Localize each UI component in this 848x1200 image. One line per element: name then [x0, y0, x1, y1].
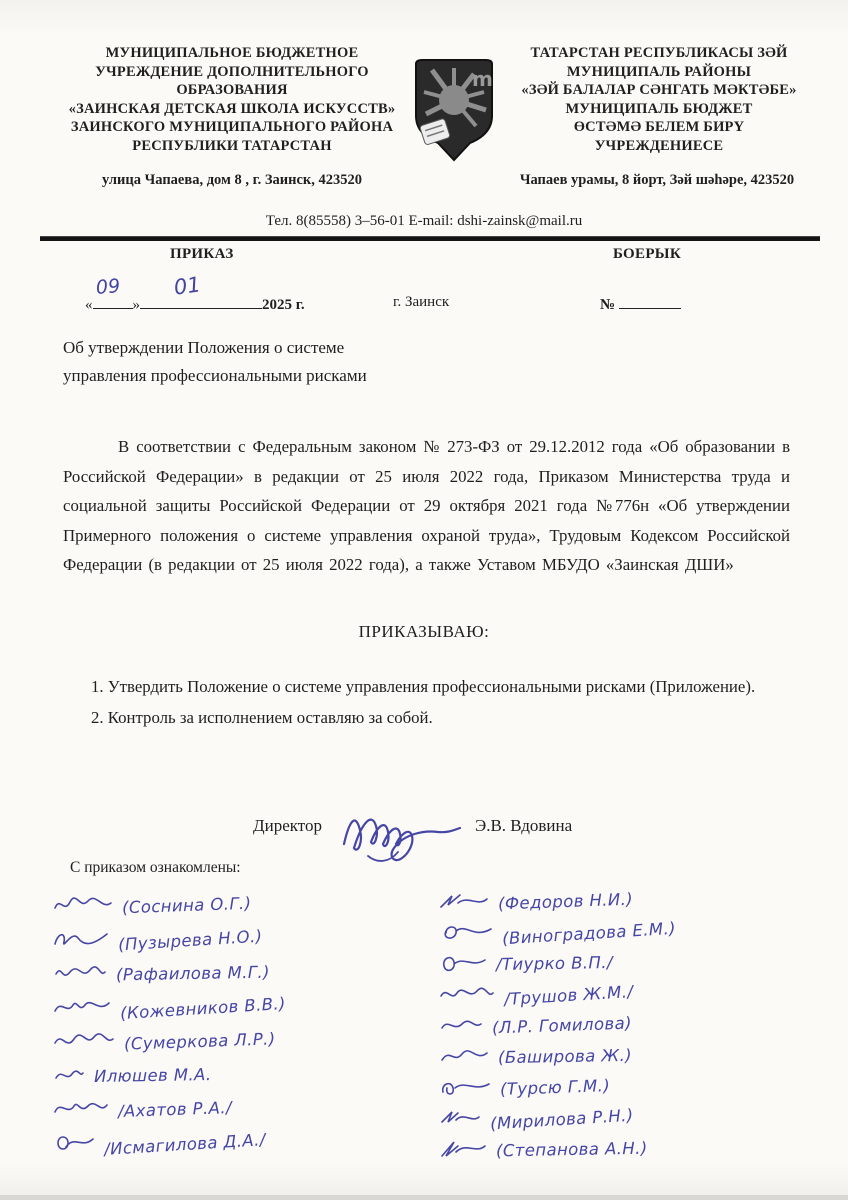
signature-row: /Тиурко В.П./	[438, 948, 818, 979]
signature-scribble-icon	[52, 1030, 116, 1052]
signature-row: (Степанова А.Н.)	[438, 1134, 818, 1165]
order-title-row: ПРИКАЗ БОЕРЫК	[0, 246, 848, 263]
signature-row: /Трушов Ж.М./	[438, 979, 818, 1010]
order-number-field: №	[600, 294, 681, 314]
signature-scribble-icon	[438, 1138, 488, 1162]
order-subject: Об утверждении Положения о системе управ…	[63, 334, 463, 389]
signatory-name: (Кожевников В.В.)	[120, 993, 287, 1022]
signatory-name: /Исмагилова Д.А./	[104, 1130, 267, 1159]
order-title-russian: ПРИКАЗ	[170, 246, 234, 263]
signature-scribble-icon	[52, 1064, 86, 1086]
signature-column-left: (Соснина О.Г.) (Пузырева Н.О.) (Рафаилов…	[52, 888, 422, 1160]
quote-open: «	[85, 297, 93, 313]
signatory-name: /Трушов Ж.М./	[504, 982, 634, 1009]
signatory-name: (Федоров Н.И.)	[498, 890, 634, 914]
handwritten-month: 01	[173, 274, 202, 299]
day-blank-line: 09	[93, 294, 133, 309]
signatory-name: (Турсю Г.М.)	[500, 1076, 611, 1099]
order-item-1: 1. Утвердить Положение о системе управле…	[63, 672, 781, 701]
sun-disc-icon	[439, 85, 469, 115]
handwritten-day: 09	[95, 277, 121, 298]
signature-scribble-icon	[52, 1098, 110, 1120]
signatory-name: (Пузырева Н.О.)	[118, 926, 263, 954]
signature-scribble-icon	[52, 1131, 96, 1155]
director-signature-icon	[338, 804, 468, 871]
signature-scribble-icon	[438, 1108, 482, 1130]
signatory-name: (Баширова Ж.)	[498, 1046, 632, 1067]
signature-row: (Рафаилова М.Г.)	[52, 956, 422, 990]
signature-row: (Виноградова Е.М.)	[438, 917, 818, 948]
signature-scribble-icon	[52, 928, 110, 950]
quote-close: »	[133, 297, 141, 313]
signature-row: (Л.Р. Гомилова)	[438, 1010, 818, 1041]
signature-row: /Исмагилова Д.А./	[52, 1126, 422, 1160]
crest-letter-glyph: m	[472, 67, 493, 91]
director-label: Директор	[253, 816, 322, 836]
signature-scribble-icon	[438, 952, 488, 976]
signatory-name: (Виноградова Е.М.)	[502, 919, 677, 949]
month-blank-line: 01	[140, 294, 262, 309]
signature-row: (Турсю Г.М.)	[438, 1072, 818, 1103]
signature-scribble-icon	[438, 984, 496, 1006]
signature-row: (Сумеркова Л.Р.)	[52, 1024, 422, 1058]
signature-row: /Ахатов Р.А./	[52, 1092, 422, 1126]
signature-row: (Соснина О.Г.)	[52, 888, 422, 922]
contact-line: Тел. 8(85558) 3–56-01 E-mail: dshi-zains…	[0, 213, 848, 230]
signature-scribble-icon	[438, 891, 490, 913]
address-tatar: Чапаев урамы, 8 йорт, Зәй шәһәре, 423520	[492, 172, 822, 189]
signature-scribble-icon	[52, 996, 112, 1018]
school-crest-logo: m	[404, 58, 504, 164]
signatory-name: Илюшев М.А.	[94, 1064, 212, 1085]
order-item-2: 2. Контроль за исполнением оставляю за с…	[63, 703, 781, 732]
acknowledgement-label: С приказом ознакомлены:	[70, 859, 241, 877]
signatory-name: (Рафаилова М.Г.)	[116, 962, 270, 984]
order-items: 1. Утвердить Положение о системе управле…	[63, 672, 781, 734]
signature-row: (Кожевников В.В.)	[52, 990, 422, 1024]
city-label: г. Заинск	[393, 294, 449, 311]
order-title-tatar: БОЕРЫК	[613, 246, 681, 263]
director-name: Э.В. Вдовина	[475, 816, 572, 836]
address-russian: улица Чапаева, дом 8 , г. Заинск, 423520	[62, 172, 402, 189]
signatory-name: (Сумеркова Л.Р.)	[124, 1029, 276, 1053]
number-blank-line	[619, 294, 681, 309]
signature-scribble-icon	[52, 962, 108, 984]
date-row: «09»012025 г. г. Заинск №	[0, 288, 848, 322]
signatory-name: (Соснина О.Г.)	[122, 893, 252, 917]
signature-row: (Федоров Н.И.)	[438, 886, 818, 917]
signatory-name: /Тиурко В.П./	[496, 953, 613, 974]
signature-scribble-icon	[438, 1076, 492, 1100]
signature-scribble-icon	[438, 1015, 484, 1037]
org-name-russian: МУНИЦИПАЛЬНОЕ БЮДЖЕТНОЕ УЧРЕЖДЕНИЕ ДОПОЛ…	[62, 44, 402, 155]
signatory-name: /Ахатов Р.А./	[118, 1098, 232, 1121]
scanned-order-document: МУНИЦИПАЛЬНОЕ БЮДЖЕТНОЕ УЧРЕЖДЕНИЕ ДОПОЛ…	[0, 0, 848, 1200]
org-name-tatar: ТАТАРСТАН РЕСПУБЛИКАСЫ ЗӘЙ МУНИЦИПАЛЬ РА…	[500, 44, 818, 155]
date-field: «09»012025 г.	[85, 294, 305, 314]
signature-row: (Мирилова Р.Н.)	[438, 1103, 818, 1134]
signature-row: Илюшев М.А.	[52, 1058, 422, 1092]
order-body-paragraph: В соответствии с Федеральным законом № 2…	[63, 432, 790, 580]
signature-scribble-icon	[438, 921, 494, 945]
signature-row: (Пузырева Н.О.)	[52, 922, 422, 956]
crest-shield-icon: m	[404, 58, 504, 164]
year-label: 2025 г.	[262, 297, 305, 313]
signature-scribble-icon	[52, 894, 114, 916]
resolution-heading: ПРИКАЗЫВАЮ:	[0, 622, 848, 642]
number-sign: №	[600, 297, 615, 313]
header-divider-rule	[40, 236, 820, 241]
signatory-name: (Л.Р. Гомилова)	[492, 1014, 632, 1038]
signatory-name: (Степанова А.Н.)	[496, 1139, 648, 1161]
signature-column-right: (Федоров Н.И.) (Виноградова Е.М.) /Тиурк…	[438, 886, 818, 1165]
signatory-name: (Мирилова Р.Н.)	[490, 1106, 635, 1134]
signature-scribble-icon	[438, 1046, 490, 1068]
signature-row: (Баширова Ж.)	[438, 1041, 818, 1072]
scan-edge-artifact	[0, 1195, 848, 1200]
